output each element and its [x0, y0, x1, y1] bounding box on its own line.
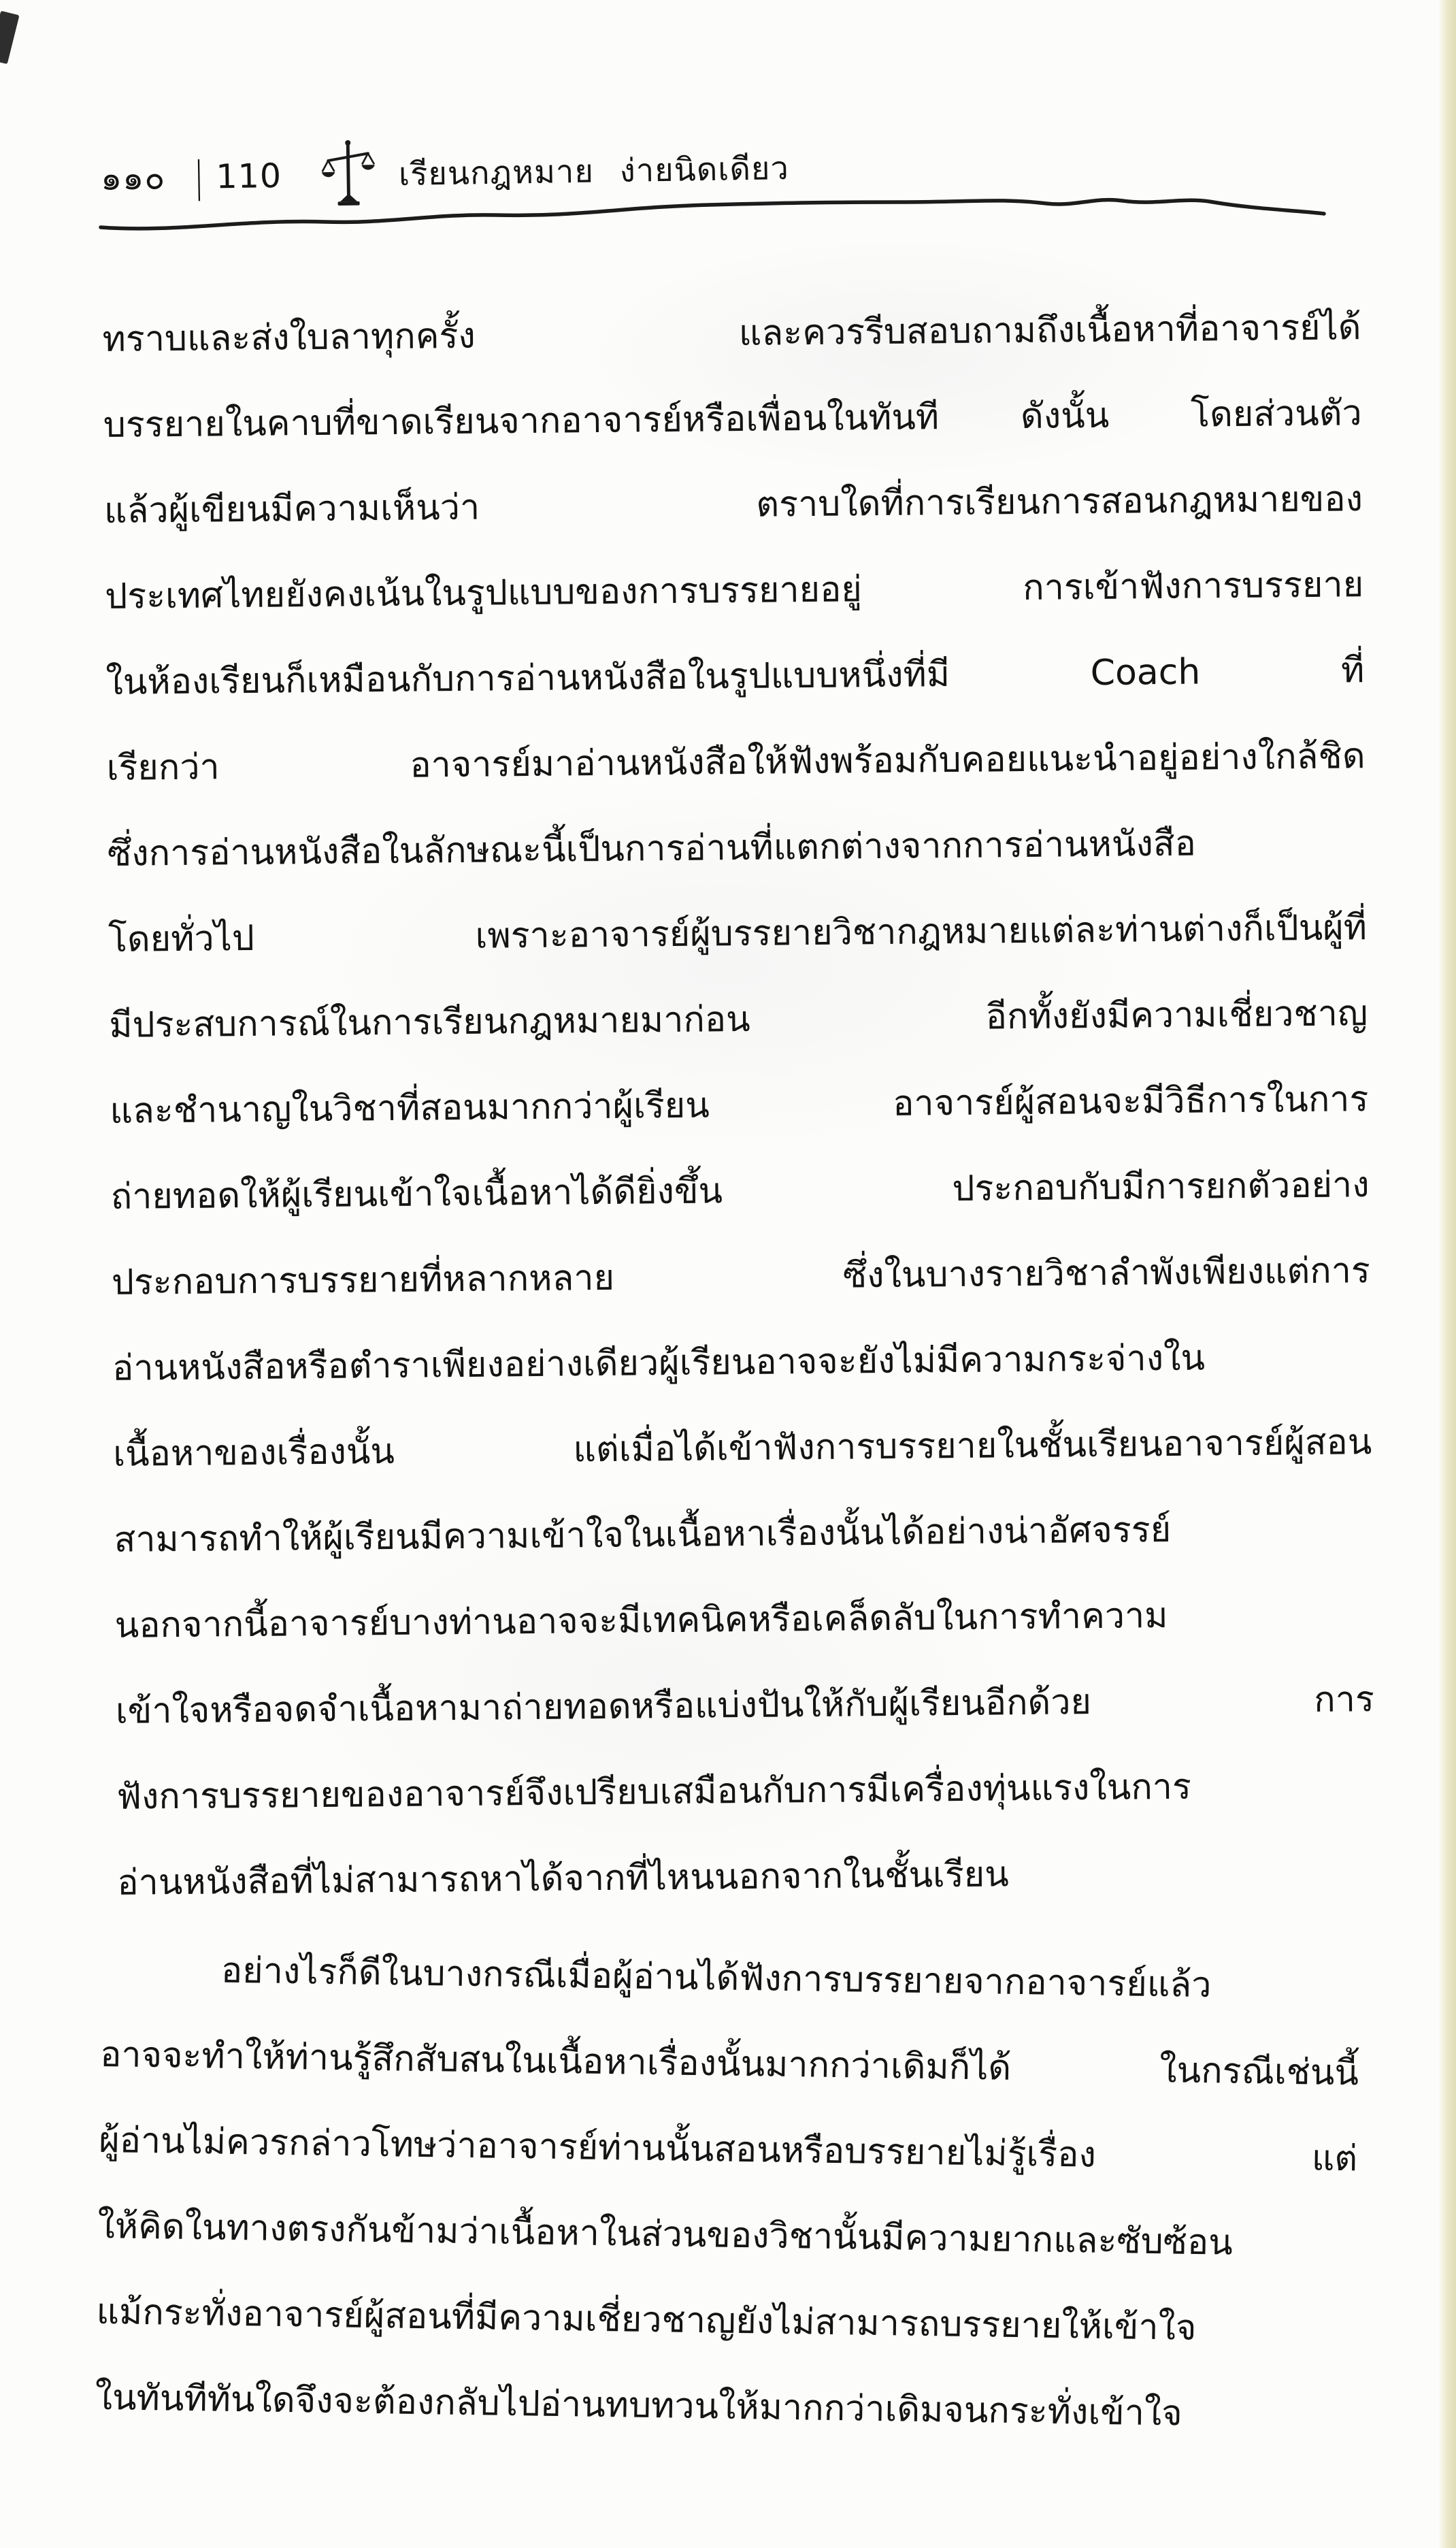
text-line: ในทันทีทันใดจึงจะต้องกลับไปอ่านทบทวนให้ม… [95, 2355, 1355, 2459]
header-underline [94, 182, 1373, 244]
paragraph: อย่างไรก็ดีในบางกรณีเมื่อผู้อ่านได้ฟังกา… [95, 1926, 1361, 2459]
scan-edge-tint [1438, 0, 1456, 2548]
text-line: ถ่ายทอดให้ผู้เรียนเข้าใจเนื้อหาได้ดียิ่ง… [110, 1142, 1370, 1240]
text-line: อ่านหนังสือหรือตำราเพียงอย่างเดียวผู้เรี… [112, 1313, 1372, 1411]
text-line: ซึ่งการอ่านหนังสือในลักษณะนี้เป็นการอ่าน… [107, 799, 1366, 897]
text-line: ประกอบการบรรยายที่หลากหลาย ซึ่งในบางรายว… [111, 1228, 1370, 1326]
text-line: โดยทั่วไป เพราะอาจารย์ผู้บรรยายวิชากฎหมา… [107, 885, 1367, 983]
text-line: เรียกว่า อาจารย์มาอ่านหนังสือให้ฟังพร้อม… [106, 713, 1366, 811]
text-line: แล้วผู้เขียนมีความเห็นว่า ตราบใดที่การเร… [103, 456, 1363, 554]
text-line: มีประสบการณ์ในการเรียนกฎหมายมาก่อน อีกทั… [109, 970, 1368, 1068]
text-line: เนื้อหาของเรื่องนั้น แต่เมื่อได้เข้าฟังก… [113, 1399, 1372, 1497]
text-line: เข้าใจหรือจดจำเนื้อหามาถ่ายทอดหรือแบ่งปั… [115, 1656, 1374, 1754]
text-line: ฟังการบรรยายของอาจารย์จึงเปรียบเสมือนกับ… [116, 1742, 1376, 1840]
text-line: ประเทศไทยยังคงเน้นในรูปแบบของการบรรยายอย… [105, 542, 1364, 640]
page-body: ทราบและส่งใบลาทุกครั้ง และควรรีบสอบถามถึ… [102, 297, 1361, 2440]
text-line: นอกจากนี้อาจารย์บางท่านอาจจะมีเทคนิคหรือ… [114, 1571, 1374, 1669]
text-line: บรรยายในคาบที่ขาดเรียนจากอาจารย์หรือเพื่… [103, 370, 1362, 468]
paragraph: ทราบและส่งใบลาทุกครั้ง และควรรีบสอบถามถึ… [102, 284, 1376, 1926]
text-line: และชำนาญในวิชาที่สอนมากกว่าผู้เรียน อาจา… [110, 1056, 1369, 1154]
scanned-book-page: ๑๑๐ | 110 เรียนกฎหมาย ง่ายนิดเดียว [0, 0, 1456, 2548]
text-line: อ่านหนังสือที่ไม่สามารถหาได้จากที่ไหนนอก… [117, 1828, 1376, 1926]
scan-edge-artifact [0, 11, 20, 65]
text-line: ทราบและส่งใบลาทุกครั้ง และควรรีบสอบถามถึ… [102, 284, 1361, 382]
text-line: สามารถทำให้ผู้เรียนมีความเข้าใจในเนื้อหา… [114, 1485, 1373, 1583]
text-line: ในห้องเรียนก็เหมือนกับการอ่านหนังสือในรู… [105, 627, 1365, 725]
